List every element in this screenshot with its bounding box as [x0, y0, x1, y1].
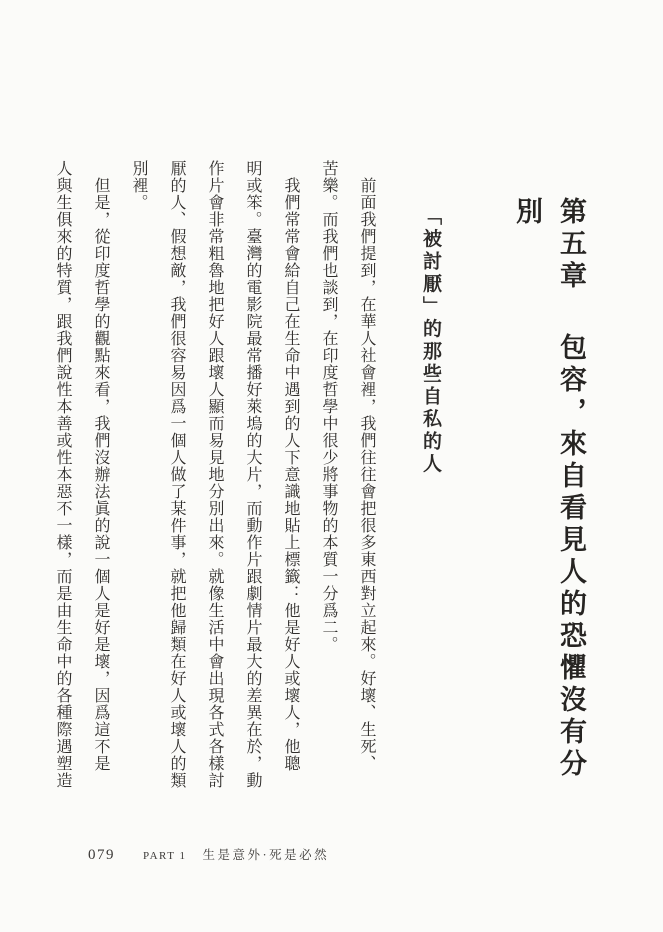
page-footer: 079 PART 1 生是意外·死是必然	[88, 845, 329, 864]
body-line: 前面我們提到，在華人社會裡，我們往往會把很多東西對立起來。好壞、生死、	[347, 160, 385, 792]
book-title: 生是意外·死是必然	[203, 845, 330, 863]
paragraph: 前面我們提到，在華人社會裡，我們往往會把很多東西對立起來。好壞、生死、 苦樂。而…	[309, 160, 385, 792]
page-content: 第五章包容，來自看見人的恐懼沒有分別 「被討厭」的那些自私的人 前面我們提到，在…	[43, 160, 593, 792]
body-line: 但是，從印度哲學的觀點來看，我們沒辦法眞的說一個人是好是壞，因爲這不是	[81, 160, 119, 792]
paragraph: 我們常常會給自己在生命中遇到的人下意識地貼上標籤：他是好人或壞人，他聰 明或笨。…	[119, 160, 309, 792]
part-label: PART 1	[143, 850, 187, 862]
body-line: 別裡。	[119, 160, 157, 792]
body-text: 前面我們提到，在華人社會裡，我們往往會把很多東西對立起來。好壞、生死、 苦樂。而…	[43, 160, 385, 792]
body-line: 人與生俱來的特質，跟我們說性本善或性本惡不一樣，而是由生命中的各種際遇塑造	[43, 160, 81, 792]
body-line: 作片會非常粗魯地把好人跟壞人顯而易見地分別出來。就像生活中會出現各式各樣討	[195, 160, 233, 792]
chapter-number: 第五章	[556, 197, 586, 293]
page-number: 079	[88, 847, 115, 864]
chapter-title: 第五章包容，來自看見人的恐懼沒有分別	[505, 160, 593, 792]
section-subtitle: 「被討厭」的那些自私的人	[415, 160, 445, 792]
body-line: 厭的人、假想敵，我們很容易因爲一個人做了某件事，就把他歸類在好人或壞人的類	[157, 160, 195, 792]
body-line: 我們常常會給自己在生命中遇到的人下意識地貼上標籤：他是好人或壞人，他聰	[271, 160, 309, 792]
book-page: 第五章包容，來自看見人的恐懼沒有分別 「被討厭」的那些自私的人 前面我們提到，在…	[0, 0, 663, 932]
body-line: 明或笨。臺灣的電影院最常播好萊塢的大片，而動作片跟劇情片最大的差異在於，動	[233, 160, 271, 792]
paragraph: 但是，從印度哲學的觀點來看，我們沒辦法眞的說一個人是好是壞，因爲這不是 人與生俱…	[43, 160, 119, 792]
body-line: 苦樂。而我們也談到，在印度哲學中很少將事物的本質一分爲二。	[309, 160, 347, 792]
